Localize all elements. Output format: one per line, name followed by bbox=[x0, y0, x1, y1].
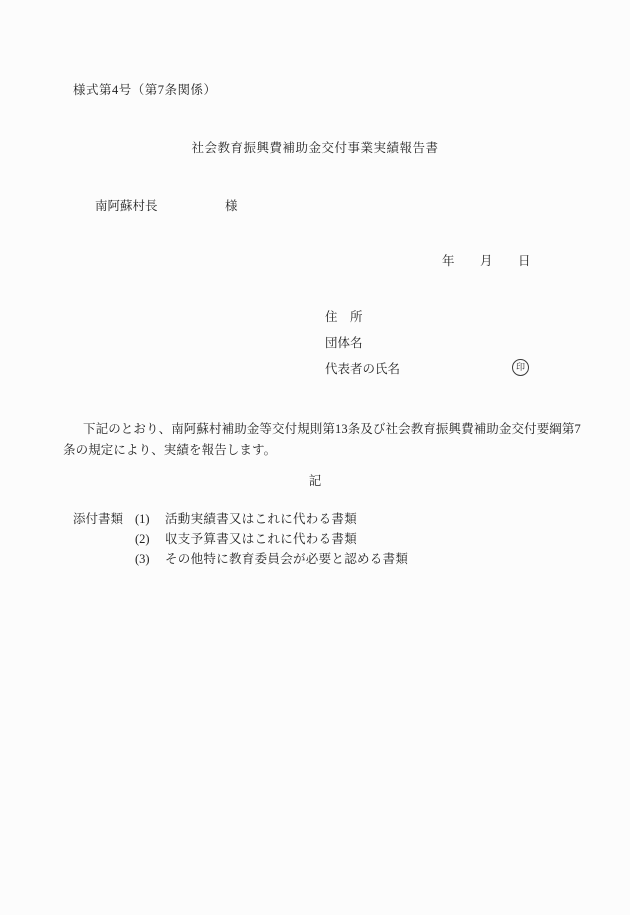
addressee-line: 南阿蘇村長 様 bbox=[0, 200, 630, 214]
addressee-honorific: 様 bbox=[225, 200, 238, 213]
attachment-number: (2) bbox=[135, 533, 165, 546]
attachment-number: (1) bbox=[135, 513, 165, 526]
attachment-item: (3) その他特に教育委員会が必要と認める書類 bbox=[135, 553, 408, 566]
form-number: 様式第4号（第7条関係） bbox=[73, 84, 217, 97]
sender-representative-label: 代表者の氏名 bbox=[325, 363, 400, 376]
sender-address-label: 住 所 bbox=[325, 311, 363, 324]
attachment-item: (2) 収支予算書又はこれに代わる書類 bbox=[135, 533, 357, 546]
attachments-label: 添付書類 bbox=[73, 513, 123, 526]
date-line: 年 月 日 bbox=[0, 255, 630, 269]
attachment-text: その他特に教育委員会が必要と認める書類 bbox=[165, 553, 408, 566]
attachment-number: (3) bbox=[135, 553, 165, 566]
addressee-name: 南阿蘇村長 bbox=[95, 200, 158, 213]
document-title: 社会教育振興費補助金交付事業実績報告書 bbox=[0, 142, 630, 155]
date-month-label: 月 bbox=[480, 255, 493, 268]
body-paragraph-line-1: 下記のとおり、南阿蘇村補助金等交付規則第13条及び社会教育振興費補助金交付要綱第… bbox=[83, 423, 581, 436]
sender-organization-label: 団体名 bbox=[325, 337, 363, 350]
note-heading: 記 bbox=[0, 475, 630, 488]
attachment-text: 活動実績書又はこれに代わる書類 bbox=[165, 513, 357, 526]
seal-mark-icon: 印 bbox=[512, 359, 529, 376]
date-year-label: 年 bbox=[442, 255, 455, 268]
attachment-item: (1) 活動実績書又はこれに代わる書類 bbox=[135, 513, 357, 526]
attachment-text: 収支予算書又はこれに代わる書類 bbox=[165, 533, 357, 546]
date-day-label: 日 bbox=[518, 255, 531, 268]
document-page: 様式第4号（第7条関係） 社会教育振興費補助金交付事業実績報告書 南阿蘇村長 様… bbox=[0, 0, 630, 915]
body-paragraph-line-2: 条の規定により、実績を報告します。 bbox=[63, 444, 276, 457]
